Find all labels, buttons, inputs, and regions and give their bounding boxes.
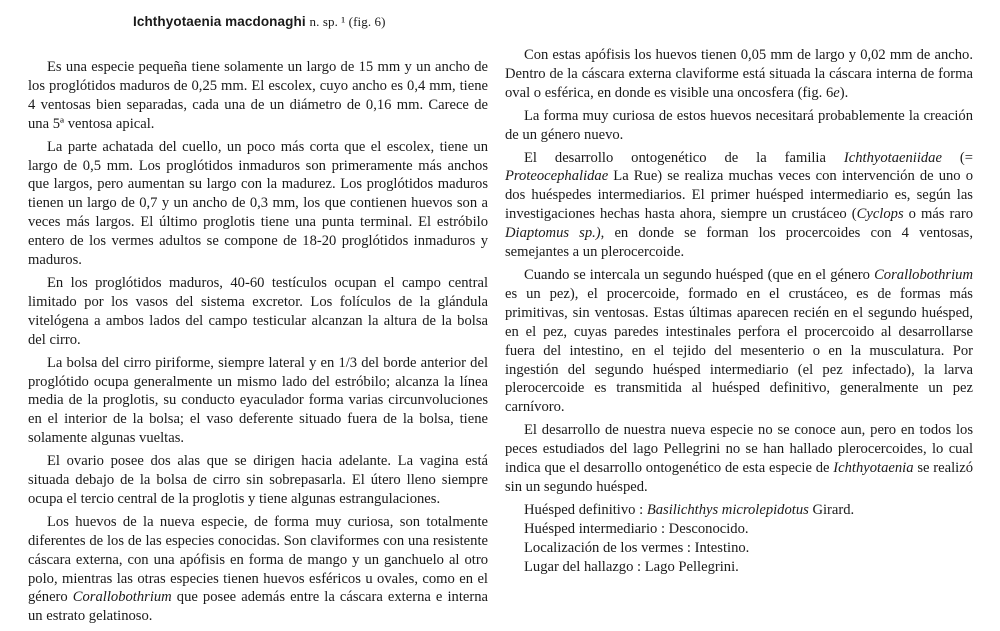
right-column: Con estas apófisis los huevos tienen 0,0…: [505, 46, 973, 576]
genus-name: Ichthyotaenia: [833, 460, 913, 476]
paragraph-development: El desarrollo de nuestra nueva especie n…: [505, 421, 973, 497]
paragraph-neck: La parte achatada del cuello, un poco má…: [28, 138, 488, 270]
genus-name: Diaptomus sp.): [505, 225, 601, 241]
definitive-host-line: Huésped definitivo : Basilichthys microl…: [505, 501, 973, 520]
text-run: Con estas apófisis los huevos tienen 0,0…: [505, 47, 973, 101]
paragraph-ovary: El ovario posee dos alas que se dirigen …: [28, 452, 488, 509]
text-run: ).: [840, 85, 849, 101]
paragraph-testes: En los proglótidos maduros, 40-60 testíc…: [28, 274, 488, 350]
document-page: Ichthyotaenia macdonaghi n. sp. ¹ (fig. …: [0, 0, 1000, 631]
text-run: es un pez), el procercoide, formado en e…: [505, 286, 973, 415]
family-name: Ichthyotaeniidae: [844, 150, 942, 166]
text-run: o más raro: [904, 206, 973, 222]
place-line: Lugar del hallazgo : Lago Pellegrini.: [505, 558, 973, 577]
text-run: El desarrollo ontogenético de la familia: [524, 150, 844, 166]
section-title: Ichthyotaenia macdonaghi n. sp. ¹ (fig. …: [133, 14, 386, 30]
family-name: Proteocephalidae: [505, 168, 608, 184]
paragraph-cirrus: La bolsa del cirro piriforme, siempre la…: [28, 354, 488, 449]
genus-name: Corallobothrium: [73, 589, 172, 605]
paragraph-second-host: Cuando se intercala un segundo huésped (…: [505, 266, 973, 417]
intermediate-host-line: Huésped intermediario : Desconocido.: [505, 520, 973, 539]
paragraph-egg-size: Con estas apófisis los huevos tienen 0,0…: [505, 46, 973, 103]
location-line: Localización de los vermes : Intestino.: [505, 539, 973, 558]
species-name: Ichthyotaenia macdonaghi: [133, 14, 306, 29]
author: Girard.: [809, 502, 854, 518]
label: Huésped definitivo :: [524, 502, 647, 518]
paragraph-ontogeny: El desarrollo ontogenético de la familia…: [505, 149, 973, 262]
paragraph-description: Es una especie pequeña tiene solamente u…: [28, 58, 488, 134]
genus-name: Corallobothrium: [874, 267, 973, 283]
paragraph-new-genus: La forma muy curiosa de estos huevos nec…: [505, 107, 973, 145]
text-run: Cuando se intercala un segundo huésped (…: [524, 267, 874, 283]
title-suffix: n. sp. ¹ (fig. 6): [310, 14, 386, 29]
paragraph-eggs: Los huevos de la nueva especie, de forma…: [28, 513, 488, 626]
genus-name: Cyclops: [857, 206, 904, 222]
host-species: Basilichthys microlepidotus: [647, 502, 809, 518]
text-run: (=: [942, 150, 973, 166]
left-column: Es una especie pequeña tiene solamente u…: [28, 58, 488, 630]
